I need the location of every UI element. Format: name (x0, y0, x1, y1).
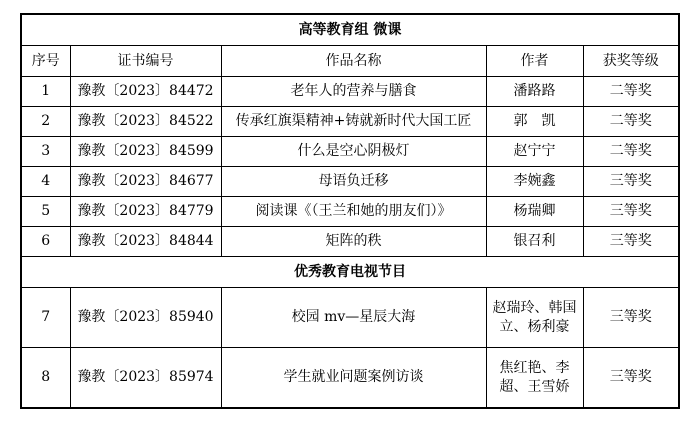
header-row: 序号 证书编号 作品名称 作者 获奖等级 (21, 46, 679, 77)
table-row: 8 豫教〔2023〕85974 学生就业问题案例访谈 焦红艳、李超、王雪娇 三等… (21, 348, 679, 409)
cell-no: 3 (21, 137, 70, 167)
cell-award: 三等奖 (583, 167, 679, 197)
cell-no: 2 (21, 107, 70, 137)
cell-award: 三等奖 (583, 227, 679, 257)
cell-work: 母语负迁移 (221, 167, 486, 197)
cell-cert: 豫教〔2023〕84677 (70, 167, 221, 197)
cell-work: 阅读课《（王兰和她的朋友们）》 (221, 197, 486, 227)
cell-award: 三等奖 (583, 288, 679, 348)
col-header-no: 序号 (21, 46, 70, 77)
cell-author: 焦红艳、李超、王雪娇 (486, 348, 583, 409)
col-header-award: 获奖等级 (583, 46, 679, 77)
cell-cert: 豫教〔2023〕85974 (70, 348, 221, 409)
section2-title-row: 优秀教育电视节目 (21, 257, 679, 288)
cell-no: 7 (21, 288, 70, 348)
cell-award: 三等奖 (583, 197, 679, 227)
cell-author: 杨瑞卿 (486, 197, 583, 227)
table-row: 3 豫教〔2023〕84599 什么是空心阴极灯 赵宁宁 二等奖 (21, 137, 679, 167)
cell-cert: 豫教〔2023〕84844 (70, 227, 221, 257)
cell-cert: 豫教〔2023〕84779 (70, 197, 221, 227)
cell-no: 1 (21, 77, 70, 107)
section2-title: 优秀教育电视节目 (21, 257, 679, 288)
cell-author: 赵宁宁 (486, 137, 583, 167)
table-row: 2 豫教〔2023〕84522 传承红旗渠精神+铸就新时代大国工匠 郭 凯 二等… (21, 107, 679, 137)
cell-cert: 豫教〔2023〕84522 (70, 107, 221, 137)
table-row: 4 豫教〔2023〕84677 母语负迁移 李婉鑫 三等奖 (21, 167, 679, 197)
cell-author: 郭 凯 (486, 107, 583, 137)
cell-cert: 豫教〔2023〕84472 (70, 77, 221, 107)
table-row: 5 豫教〔2023〕84779 阅读课《（王兰和她的朋友们）》 杨瑞卿 三等奖 (21, 197, 679, 227)
section1-title-row: 高等教育组 微课 (21, 14, 679, 46)
cell-cert: 豫教〔2023〕84599 (70, 137, 221, 167)
table-row: 7 豫教〔2023〕85940 校园 mv—星辰大海 赵瑞玲、韩国立、杨利豪 三… (21, 288, 679, 348)
table-row: 6 豫教〔2023〕84844 矩阵的秩 银召利 三等奖 (21, 227, 679, 257)
cell-no: 8 (21, 348, 70, 409)
cell-author: 潘路路 (486, 77, 583, 107)
cell-author: 李婉鑫 (486, 167, 583, 197)
cell-work: 学生就业问题案例访谈 (221, 348, 486, 409)
cell-author: 赵瑞玲、韩国立、杨利豪 (486, 288, 583, 348)
cell-no: 6 (21, 227, 70, 257)
awards-table: 高等教育组 微课 序号 证书编号 作品名称 作者 获奖等级 1 豫教〔2023〕… (20, 13, 680, 409)
cell-no: 5 (21, 197, 70, 227)
section1-title: 高等教育组 微课 (21, 14, 679, 46)
col-header-cert: 证书编号 (70, 46, 221, 77)
cell-cert: 豫教〔2023〕85940 (70, 288, 221, 348)
cell-award: 二等奖 (583, 137, 679, 167)
cell-work: 老年人的营养与膳食 (221, 77, 486, 107)
col-header-author: 作者 (486, 46, 583, 77)
cell-no: 4 (21, 167, 70, 197)
cell-award: 三等奖 (583, 348, 679, 409)
cell-author: 银召利 (486, 227, 583, 257)
cell-work: 传承红旗渠精神+铸就新时代大国工匠 (221, 107, 486, 137)
cell-work: 矩阵的秩 (221, 227, 486, 257)
cell-award: 二等奖 (583, 77, 679, 107)
cell-award: 二等奖 (583, 107, 679, 137)
cell-work: 校园 mv—星辰大海 (221, 288, 486, 348)
table-row: 1 豫教〔2023〕84472 老年人的营养与膳食 潘路路 二等奖 (21, 77, 679, 107)
cell-work: 什么是空心阴极灯 (221, 137, 486, 167)
col-header-work: 作品名称 (221, 46, 486, 77)
